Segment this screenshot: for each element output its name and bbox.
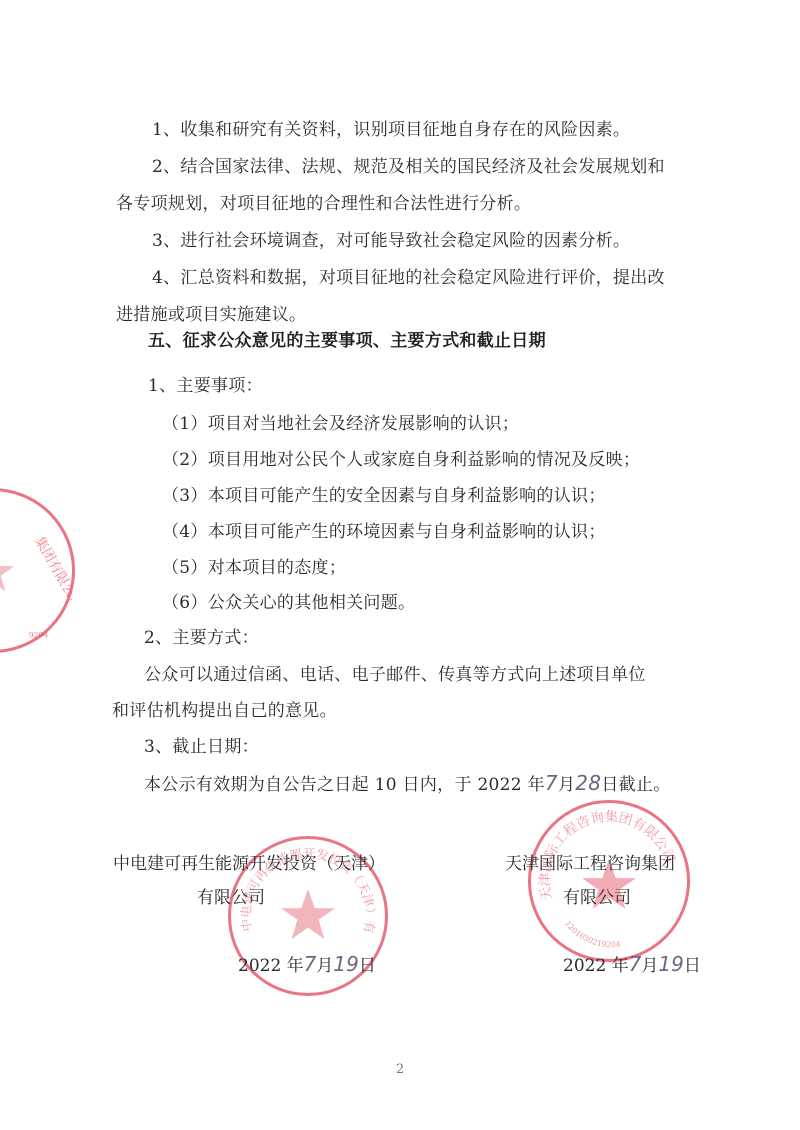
paragraph-1: 1、收集和研究有关资料，识别项目征地自身存在的风险因素。 [152, 118, 630, 142]
left-org-name-cont: 有限公司 [197, 886, 265, 910]
handwritten-day: 19 [333, 952, 358, 976]
company-seal-stamp-right: 天津国际工程咨询集团有限公司 1201030219204 [528, 800, 690, 962]
svg-text:1201030219204: 1201030219204 [563, 919, 621, 949]
item3-title: 3、截止日期： [144, 735, 259, 759]
item2-text-1: 公众可以通过信函、电话、电子邮件、传真等方式向上述项目单位 [144, 663, 646, 687]
handwritten-day: 28 [575, 771, 601, 795]
deadline-prefix: 本公示有效期为自公告之日起 10 日内，于 2022 年 [144, 775, 545, 795]
svg-text:集团有限公司: 集团有限公司 [31, 533, 72, 612]
item2-title: 2、主要方式： [144, 626, 259, 650]
item1-title: 1、主要事项： [148, 374, 263, 398]
right-org-name: 天津国际工程咨询集团 [505, 852, 675, 876]
section-heading: 五、征求公众意见的主要事项、主要方式和截止日期 [148, 329, 546, 353]
month-unit: 月 [558, 775, 575, 795]
left-org-name: 中电建可再生能源开发投资（天津） [113, 852, 385, 876]
left-date: 2022 年7月19日 [238, 952, 376, 978]
handwritten-month: 7 [545, 771, 558, 795]
seal-number: 9204 [29, 630, 49, 639]
deadline-line: 本公示有效期为自公告之日起 10 日内，于 2022 年7月28日截止。 [144, 771, 671, 797]
item1-list-1: （1）项目对当地社会及经济发展影响的认识； [162, 412, 519, 436]
item2-text-2: 和评估机构提出自己的意见。 [112, 699, 337, 723]
paragraph-2: 2、结合国家法律、法规、规范及相关的国民经济及社会发展规划和 [152, 155, 665, 179]
item1-list-4: （4）本项目可能产生的环境因素与自身利益影响的认识； [162, 520, 606, 544]
item1-list-2: （2）项目用地对公民个人或家庭自身利益影响的情况及反映； [162, 448, 640, 472]
handwritten-month: 7 [304, 952, 317, 976]
deadline-suffix: 日截止。 [601, 775, 670, 795]
paragraph-2-cont: 各专项规划，对项目征地的合理性和合法性进行分析。 [116, 192, 531, 216]
document-page: 9204 集团有限公司 1、收集和研究有关资料，识别项目征地自身存在的风险因素。… [0, 0, 800, 1130]
paragraph-4-cont: 进措施或项目实施建议。 [116, 303, 306, 327]
partial-seal-stamp-left: 9204 集团有限公司 [0, 488, 75, 653]
right-date: 2022 年7月19日 [563, 952, 701, 978]
handwritten-month: 7 [629, 952, 642, 976]
seal-number: 1201030219204 [563, 919, 621, 949]
paragraph-3: 3、进行社会环境调查，对可能导致社会稳定风险的因素分析。 [152, 229, 630, 253]
handwritten-day: 19 [658, 952, 683, 976]
item1-list-6: （6）公众关心的其他相关问题。 [162, 591, 415, 615]
item1-list-5: （5）对本项目的态度； [162, 556, 346, 580]
right-org-name-cont: 有限公司 [563, 886, 631, 910]
page-number: 2 [396, 1062, 404, 1077]
paragraph-4: 4、汇总资料和数据，对项目征地的社会稳定风险进行评价，提出改 [152, 266, 665, 290]
item1-list-3: （3）本项目可能产生的安全因素与自身利益影响的认识； [162, 484, 606, 508]
